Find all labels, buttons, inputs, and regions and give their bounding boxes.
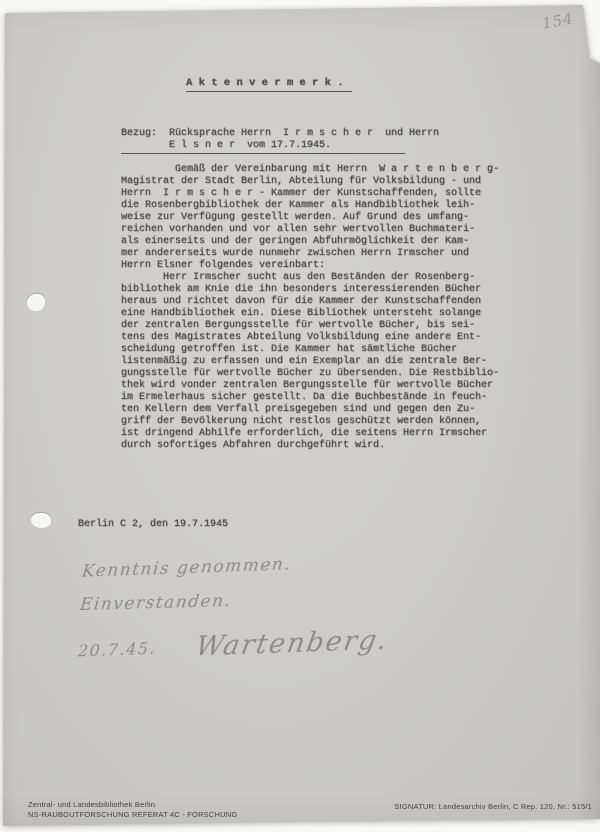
body-line: weise zur Verfügung gestellt werden. Auf… — [121, 212, 509, 224]
body-line: Herr Irmscher sucht aus den Beständen de… — [121, 272, 509, 284]
body-line: im Ermelerhaus sicher gestellt. Da die B… — [121, 392, 509, 404]
body-line: Herrn I r m s c h e r - Kammer der Kunst… — [121, 188, 509, 200]
body-line: listenmäßig zu erfassen und ein Exemplar… — [121, 356, 509, 368]
body-line: tens des Magistrates Abteilung Volksbild… — [121, 332, 509, 344]
body-text: Gemäß der Vereinbarung mit Herrn W a r t… — [121, 164, 509, 452]
reference-line-2: E l s n e r vom 17.7.1945. — [121, 140, 405, 154]
archive-institution: Zentral- und Landesbibliothek Berlin — [28, 800, 237, 810]
body-line: mer andererseits wurde nunmehr zwischen … — [121, 248, 509, 260]
document-title: A k t e n v e r m e r k . — [186, 77, 352, 92]
punch-hole-bottom — [31, 513, 51, 528]
body-line: ist dringend Abhilfe erforderlich, die s… — [121, 428, 509, 440]
body-line: reichen vorhanden und vor allen sehr wer… — [121, 224, 509, 236]
body-line: Herrn Elsner folgendes vereinbart: — [121, 260, 509, 272]
reference-block: Bezug: Rücksprache Herrn I r m s c h e r… — [121, 128, 439, 154]
body-line: durch sofortiges Abfahren durchgeführt w… — [121, 440, 509, 452]
body-line: thek wird vonder zentralen Bergungsstell… — [121, 380, 509, 392]
body-line: als einerseits und der geringen Abfuhrmö… — [121, 236, 509, 248]
body-line: Magistrat der Stadt Berlin, Abteilung fü… — [121, 176, 509, 188]
archive-stamp-left: Zentral- und Landesbibliothek Berlin NS-… — [28, 800, 237, 819]
body-line: der zentralen Bergungsstelle für wertvol… — [121, 320, 509, 332]
body-line: heraus und richtet davon für die Kammer … — [121, 296, 509, 308]
punch-hole-top — [27, 294, 45, 311]
handwritten-date: 20.7.45. — [77, 639, 156, 661]
body-line: gungsstelle für wertvolle Bücher zu über… — [121, 368, 509, 380]
document-scan-page: { "page": { "page_number": "154" }, "doc… — [0, 0, 600, 832]
handwritten-note-einverstanden: Einverstanden. — [79, 591, 233, 615]
archive-department: NS-RAUBGUTFORSCHUNG REFERAT 4C - FORSCHU… — [28, 810, 237, 820]
body-line: die Rosenbergbibliothek der Kammer als H… — [121, 200, 509, 212]
body-line: Gemäß der Vereinbarung mit Herrn W a r t… — [121, 164, 509, 176]
body-line: scheidung getroffen ist. Die Kammer hat … — [121, 344, 509, 356]
reference-line-1: Bezug: Rücksprache Herrn I r m s c h e r… — [121, 128, 439, 139]
body-line: bibliothek am Knie die ihn besonders int… — [121, 284, 509, 296]
body-line: ten Kellern dem Verfall preisgegeben sin… — [121, 404, 509, 416]
place-date-line: Berlin C 2, den 19.7.1945 — [78, 519, 228, 531]
body-line: griff der Bevölkerung nicht restlos gesc… — [121, 416, 509, 428]
archive-signatur: SIGNATUR: Landesarchiv Berlin, C Rep. 12… — [394, 802, 592, 811]
body-line: eine Handbibliothek ein. Diese Bibliothe… — [121, 308, 509, 320]
